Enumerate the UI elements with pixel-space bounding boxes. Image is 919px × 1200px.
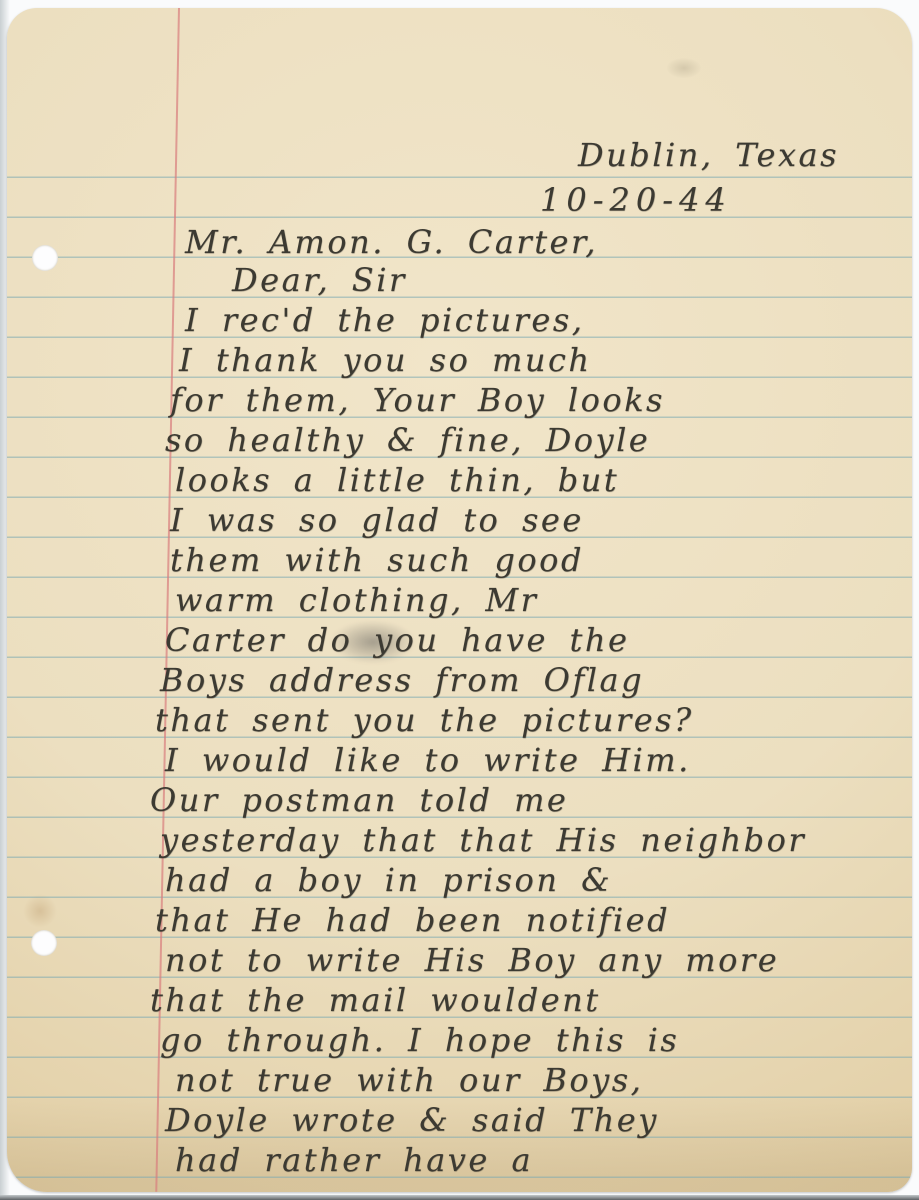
scanned-letter: Dublin, Texas 10-20-44 Mr. Amon. G. Cart…: [0, 0, 919, 1200]
handwriting-line: for them, Your Boy looks: [170, 380, 665, 420]
handwriting-line: go through. I hope this is: [160, 1020, 679, 1060]
handwriting-line: warm clothing, Mr: [175, 580, 538, 620]
handwriting-line: I thank you so much: [179, 340, 592, 380]
handwriting-line: I would like to write Him.: [165, 740, 691, 780]
scan-bottom-edge: [0, 1195, 919, 1200]
letter-page: Dublin, Texas 10-20-44 Mr. Amon. G. Cart…: [7, 8, 912, 1192]
letter-place: Dublin, Texas: [578, 135, 839, 175]
faint-smudge: [667, 58, 701, 78]
handwriting-line: Doyle wrote & said They: [165, 1100, 659, 1140]
handwriting-line: Our postman told me: [150, 780, 568, 820]
paper-stain: [23, 894, 57, 928]
handwriting-line: not to write His Boy any more: [165, 940, 779, 980]
punch-hole-top: [32, 245, 58, 271]
handwriting-line: had a boy in prison &: [165, 860, 612, 900]
handwriting-line: looks a little thin, but: [175, 460, 619, 500]
handwriting-line: that He had been notified: [155, 900, 670, 940]
handwriting-line: had rather have a: [175, 1140, 533, 1180]
handwriting-line: them with such good: [170, 540, 584, 580]
handwriting-line: that the mail wouldent: [150, 980, 601, 1020]
letter-date: 10-20-44: [540, 180, 732, 220]
handwriting-line: so healthy & fine, Doyle: [165, 420, 650, 460]
handwriting-line: I rec'd the pictures,: [185, 300, 584, 340]
handwriting-line: I was so glad to see: [170, 500, 584, 540]
handwriting-line: not true with our Boys,: [175, 1060, 643, 1100]
handwriting-line: yesterday that that His neighbor: [160, 820, 806, 860]
punch-hole-bottom: [31, 930, 57, 956]
handwriting-line: Boys address from Oflag: [160, 660, 644, 700]
letter-recipient: Mr. Amon. G. Carter,: [185, 222, 598, 262]
handwriting-line: Carter do you have the: [165, 620, 629, 660]
handwriting-line: that sent you the pictures?: [155, 700, 694, 740]
letter-salutation: Dear, Sir: [232, 260, 407, 300]
